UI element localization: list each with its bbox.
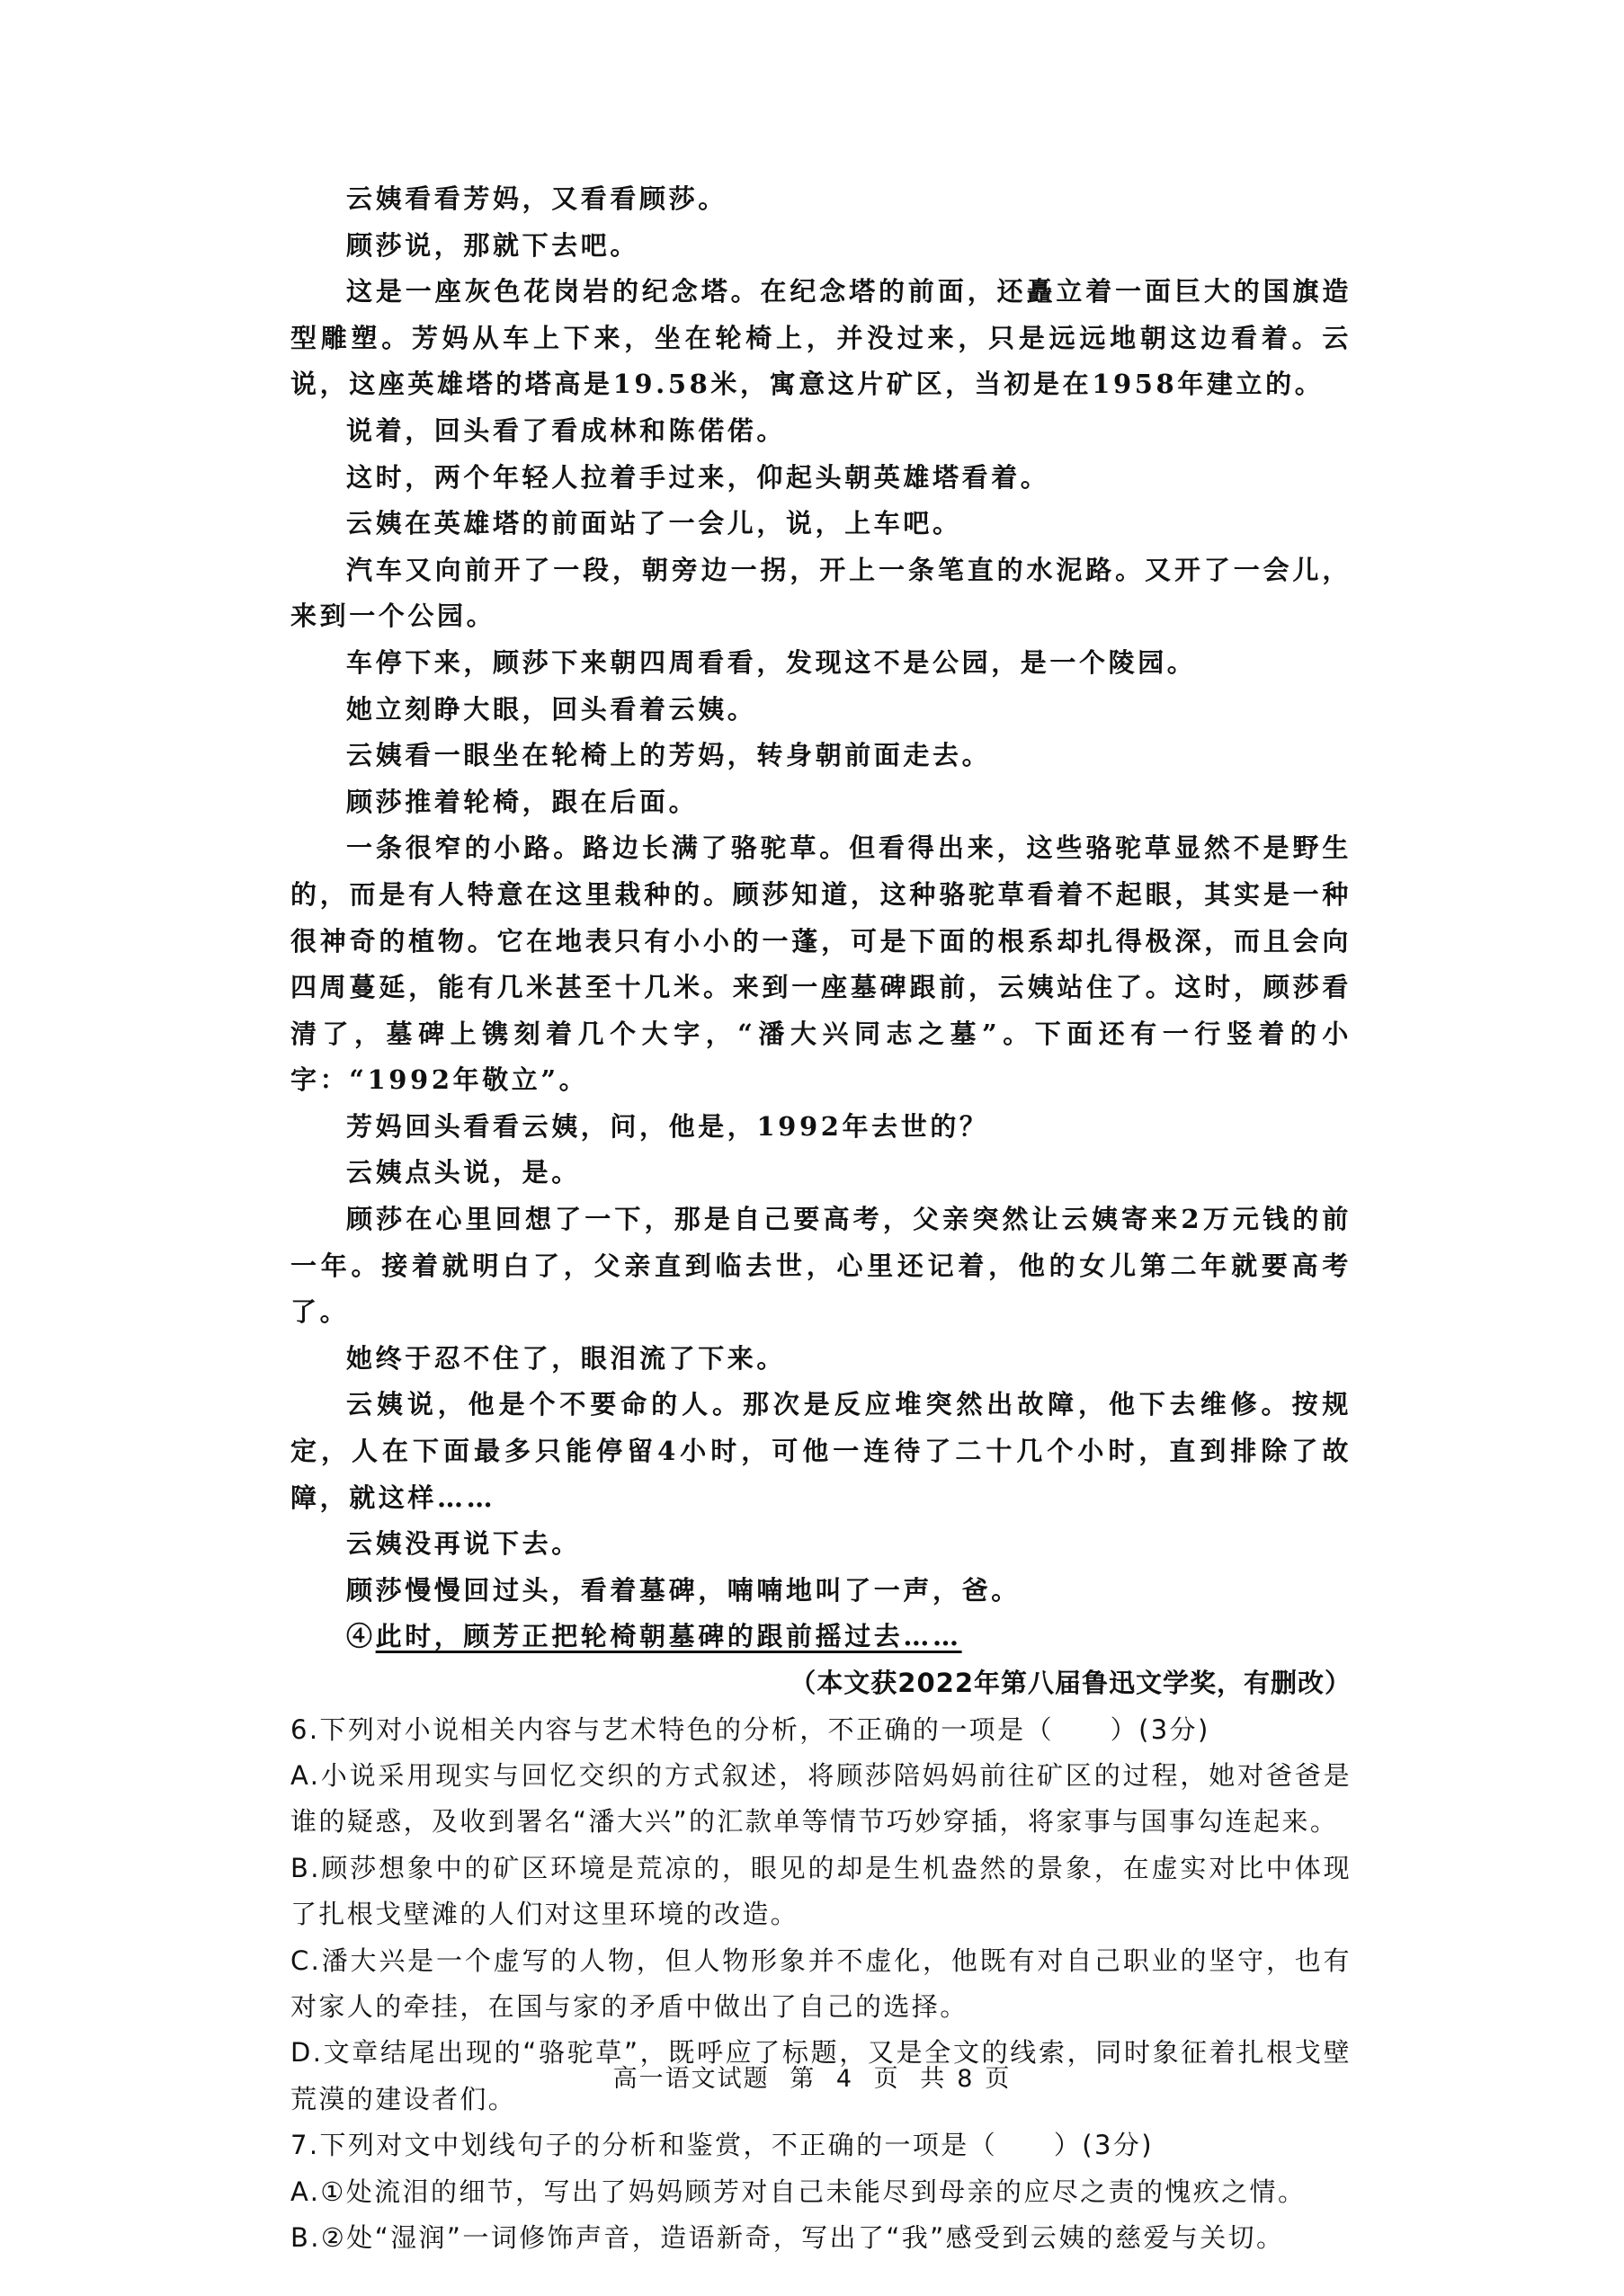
footer-page-prefix: 第 [790,2065,816,2093]
exam-page: 云姨看看芳妈，又看看顾莎。 顾莎说，那就下去吧。 这是一座灰色花岗岩的纪念塔。在… [290,176,1352,2261]
passage-paragraph: 芳妈回头看看云姨，问，他是，1992年去世的？ [290,1104,1352,1151]
footer-subject: 高一语文试题 [613,2065,770,2093]
passage-paragraph: 云姨在英雄塔的前面站了一会儿，说，上车吧。 [290,501,1352,547]
passage-paragraph: 一条很窄的小路。路边长满了骆驼草。但看得出来，这些骆驼草显然不是野生的，而是有人… [290,825,1352,1104]
footer-total-prefix: 共 [920,2065,946,2093]
reading-passage: 云姨看看芳妈，又看看顾莎。 顾莎说，那就下去吧。 这是一座灰色花岗岩的纪念塔。在… [290,176,1352,1660]
underlined-sentence: ④此时，顾芳正把轮椅朝墓碑的跟前摇过去…… [290,1614,1352,1660]
option-a: A.①处流泪的细节，写出了妈妈顾芳对自己未能尽到母亲的应尽之责的愧疚之情。 [290,2169,1352,2215]
passage-paragraph: 顾莎慢慢回过头，看着墓碑，喃喃地叫了一声，爸。 [290,1568,1352,1615]
passage-paragraph: 她立刻睁大眼，回头看着云姨。 [290,687,1352,734]
option-b: B.顾莎想象中的矿区环境是荒凉的，眼见的却是生机盎然的景象，在虚实对比中体现了扎… [290,1846,1352,1938]
passage-paragraph: 汽车又向前开了一段，朝旁边一拐，开上一条笔直的水泥路。又开了一会儿，来到一个公园… [290,547,1352,640]
option-a: A.小说采用现实与回忆交织的方式叙述，将顾莎陪妈妈前往矿区的过程，她对爸爸是谁的… [290,1753,1352,1846]
passage-paragraph: 说着，回头看了看成林和陈偌偌。 [290,408,1352,455]
passage-paragraph: 云姨说，他是个不要命的人。那次是反应堆突然出故障，他下去维修。按规定，人在下面最… [290,1382,1352,1521]
passage-paragraph: 这是一座灰色花岗岩的纪念塔。在纪念塔的前面，还矗立着一面巨大的国旗造型雕塑。芳妈… [290,269,1352,408]
source-note: （本文获2022年第八届鲁迅文学奖，有删改） [290,1660,1352,1707]
underlined-text: 此时，顾芳正把轮椅朝墓碑的跟前摇过去…… [376,1621,962,1651]
question-stem: 7.下列对文中划线句子的分析和鉴赏，不正确的一项是（ ）(3分) [290,2122,1352,2168]
footer-total-pages: 8 [957,2065,974,2093]
passage-paragraph: 顾莎在心里回想了一下，那是自己要高考，父亲突然让云姨寄来2万元钱的前一年。接着就… [290,1197,1352,1336]
question-stem: 6.下列对小说相关内容与艺术特色的分析，不正确的一项是（ ）(3分) [290,1707,1352,1753]
passage-paragraph: 她终于忍不住了，眼泪流了下来。 [290,1336,1352,1383]
footer-total-suffix: 页 [985,2065,1011,2093]
question-7: 7.下列对文中划线句子的分析和鉴赏，不正确的一项是（ ）(3分) A.①处流泪的… [290,2122,1352,2261]
option-b: B.②处“湿润”一词修饰声音，造语新奇，写出了“我”感受到云姨的慈爱与关切。 [290,2215,1352,2261]
passage-paragraph: 云姨看看芳妈，又看看顾莎。 [290,176,1352,223]
footer-page-suffix: 页 [874,2065,900,2093]
passage-paragraph: 顾莎推着轮椅，跟在后面。 [290,779,1352,826]
passage-paragraph: 云姨没再说下去。 [290,1521,1352,1568]
passage-paragraph: 云姨点头说，是。 [290,1150,1352,1197]
passage-paragraph: 车停下来，顾莎下来朝四周看看，发现这不是公园，是一个陵园。 [290,640,1352,687]
passage-paragraph: 这时，两个年轻人拉着手过来，仰起头朝英雄塔看着。 [290,455,1352,502]
option-c: C.潘大兴是一个虚写的人物，但人物形象并不虚化，他既有对自己职业的坚守，也有对家… [290,1938,1352,2031]
question-section: 6.下列对小说相关内容与艺术特色的分析，不正确的一项是（ ）(3分) A.小说采… [290,1707,1352,2262]
footer-page-number: 4 [836,2065,853,2093]
passage-paragraph: 云姨看一眼坐在轮椅上的芳妈，转身朝前面走去。 [290,733,1352,779]
annotation-marker-4: ④ [346,1621,376,1651]
page-footer: 高一语文试题 第 4 页 共8页 [0,2059,1624,2094]
passage-paragraph: 顾莎说，那就下去吧。 [290,223,1352,270]
